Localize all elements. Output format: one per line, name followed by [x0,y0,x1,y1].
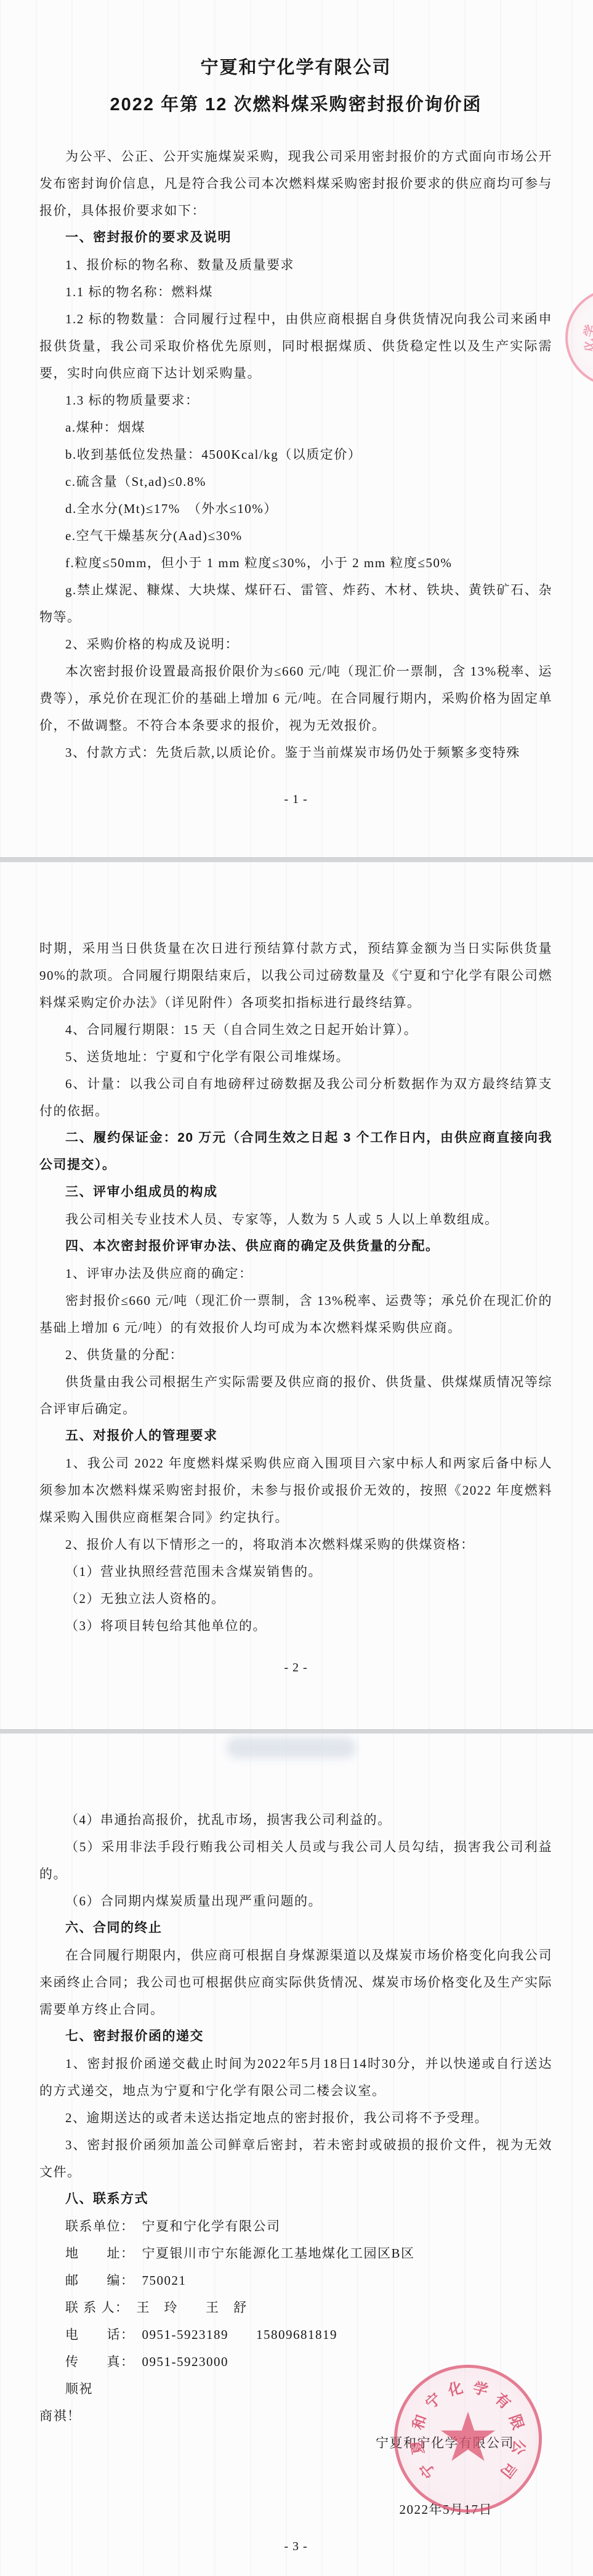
section-heading: 三、评审小组成员的构成 [39,1179,552,1206]
seal-character: 宁 [419,2387,445,2413]
document-page-3: （4）串通抬高报价，扰乱市场，损害我公司利益的。（5）采用非法手段行贿我公司相关… [0,1734,593,2576]
paragraph: （3）将项目转包给其他单位的。 [39,1612,552,1639]
paragraph: 1、评审办法及供应商的确定： [39,1260,552,1287]
paragraph: 我公司相关专业技术人员、专家等，人数为 5 人或 5 人以上单数组成。 [39,1206,552,1233]
paragraph: 1.3 标的物质量要求： [39,387,552,414]
section-heading: 七、密封报价函的递交 [39,2023,552,2050]
paragraph: 联 系 人： 王 玲 王 舒 [39,2294,552,2321]
paragraph: 2、供货量的分配： [39,1341,552,1368]
paragraph: 1、密封报价函递交截止时间为2022年5月18日14时30分，并以快递或自行送达… [39,2050,552,2104]
paragraph: 供货量由我公司根据生产实际需要及供应商的报价、供货量、供煤煤质情况等综合评审后确… [39,1368,552,1423]
seal-character: 公 [510,2437,531,2458]
doc-title: 2022 年第 12 次燃料煤采购密封报价询价函 [39,89,552,121]
page-number: - 3 - [39,2533,552,2560]
scanned-document: 宁夏和宁化学有限公司2022 年第 12 次燃料煤采购密封报价询价函为公平、公正… [0,0,593,2576]
document-page-2: 时期，采用当日供货量在次日进行预结算付款方式，预结算金额为当日实际供货量 90%… [0,862,593,1729]
paragraph: a.煤种：烟煤 [39,414,552,441]
paragraph: 1、报价标的物名称、数量及质量要求 [39,251,552,278]
doc-title: 宁夏和宁化学有限公司 [39,52,552,84]
paragraph: 3、付款方式：先货后款,以质论价。鉴于当前煤炭市场仍处于频繁多变特殊 [39,739,552,766]
seal-character: 宁 [413,2458,439,2484]
paragraph: 3、密封报价函须加盖公司鲜章后密封，若未密封或破损的报价文件，视为无效文件。 [39,2131,552,2186]
paragraph: （6）合同期内煤炭质量出现严重问题的。 [39,1888,552,1915]
paragraph: 2、报价人有以下情形之一的，将取消本次燃料煤采购的供煤资格： [39,1531,552,1558]
seal-character: 化 [444,2376,466,2398]
paragraph: e.空气干燥基灰分(Aad)≤30% [39,522,552,549]
page-1-content: 宁夏和宁化学有限公司2022 年第 12 次燃料煤采购密封报价询价函为公平、公正… [0,0,593,813]
seal-character: 学 [470,2376,492,2398]
section-heading: 六、合同的终止 [39,1915,552,1942]
paragraph: 时期，采用当日供货量在次日进行预结算付款方式，预结算金额为当日实际供货量 90%… [39,935,552,1016]
paragraph: f.粒度≤50mm，但小于 1 mm 粒度≤30%，小于 2 mm 粒度≤50% [39,549,552,576]
paragraph: 5、送货地址：宁夏和宁化学有限公司堆煤场。 [39,1043,552,1070]
section-heading: 二、履约保证金：20 万元（合同生效之日起 3 个工作日内，由供应商直接向我公司… [39,1124,552,1179]
paragraph: 邮 编： 750021 [39,2267,552,2294]
section-heading: 五、对报价人的管理要求 [39,1423,552,1450]
page-2-content: 时期，采用当日供货量在次日进行预结算付款方式，预结算金额为当日实际供货量 90%… [0,862,593,1681]
paragraph: c.硫含量（St,ad)≤0.8% [39,468,552,495]
paragraph: 2、采购价格的构成及说明： [39,631,552,658]
seal-character: 夏 [405,2437,427,2458]
paragraph: 密封报价≤660 元/吨（现汇价一票制，含 13%税率、运费等；承兑价在现汇价的… [39,1287,552,1341]
page-number: - 1 - [39,786,552,813]
paragraph: （1）营业执照经营范围未含煤炭销售的。 [39,1558,552,1585]
paragraph: 2、逾期送达的或者未送达指定地点的密封报价，我公司将不予受理。 [39,2104,552,2131]
paragraph: 联系单位： 宁夏和宁化学有限公司 [39,2213,552,2240]
paragraph: 电 话： 0951-5923189 15809681819 [39,2321,552,2348]
paragraph: （5）采用非法手段行贿我公司相关人员或与我公司人员勾结，损害我公司利益的。 [39,1833,552,1888]
seal-star-icon [440,2412,496,2466]
section-heading: 一、密封报价的要求及说明 [39,224,552,251]
section-heading: 四、本次密封报价评审办法、供应商的确定及供货量的分配。 [39,1233,552,1260]
page-number: - 2 - [39,1654,552,1681]
paragraph: 本次密封报价设置最高报价限价为≤660 元/吨（现汇价一票制，含 13%税率、运… [39,658,552,739]
seal-character: 司 [497,2458,523,2484]
paragraph: g.禁止煤泥、糠煤、大块煤、煤矸石、雷管、炸药、木材、铁块、黄铁矿石、杂物等。 [39,576,552,631]
paragraph: 地 址： 宁夏银川市宁东能源化工基地煤化工园区B区 [39,2240,552,2267]
paragraph: 6、计量：以我公司自有地磅秤过磅数据及我公司分析数据作为双方最终结算支付的依据。 [39,1070,552,1124]
paragraph: 在合同履行期限内，供应商可根据自身煤源渠道以及煤炭市场价格变化向我公司来函终止合… [39,1942,552,2023]
paragraph: （4）串通抬高报价，扰乱市场，损害我公司利益的。 [39,1806,552,1833]
paragraph: b.收到基低位发热量：4500Kcal/kg（以质定价） [39,441,552,468]
paragraph: 1.2 标的物数量：合同履行过程中，由供应商根据自身供货情况向我公司来函申报供货… [39,305,552,387]
paragraph: 4、合同履行期限：15 天（自合同生效之日起开始计算）。 [39,1016,552,1043]
paragraph: 为公平、公正、公开实施煤炭采购，现我公司采用密封报价的方式面向市场公开发布密封询… [39,143,552,224]
paragraph: 1、我公司 2022 年度燃料煤采购供应商入围项目六家中标人和两家后备中标人须参… [39,1450,552,1531]
seal-character: 和 [406,2410,430,2433]
paragraph: 1.1 标的物名称：燃料煤 [39,278,552,305]
page-divider [0,1729,593,1734]
paragraph: d.全水分(Mt)≤17% （外水≤10%） [39,495,552,522]
seal-character: 限 [506,2410,530,2433]
section-heading: 八、联系方式 [39,2186,552,2213]
paragraph: （2）无独立法人资格的。 [39,1585,552,1612]
document-page-1: 宁夏和宁化学有限公司2022 年第 12 次燃料煤采购密封报价询价函为公平、公正… [0,0,593,857]
page-divider [0,857,593,862]
seal-character: 有 [491,2387,517,2413]
company-seal-stamp: 宁夏和宁化学有限公司 [394,2365,542,2513]
